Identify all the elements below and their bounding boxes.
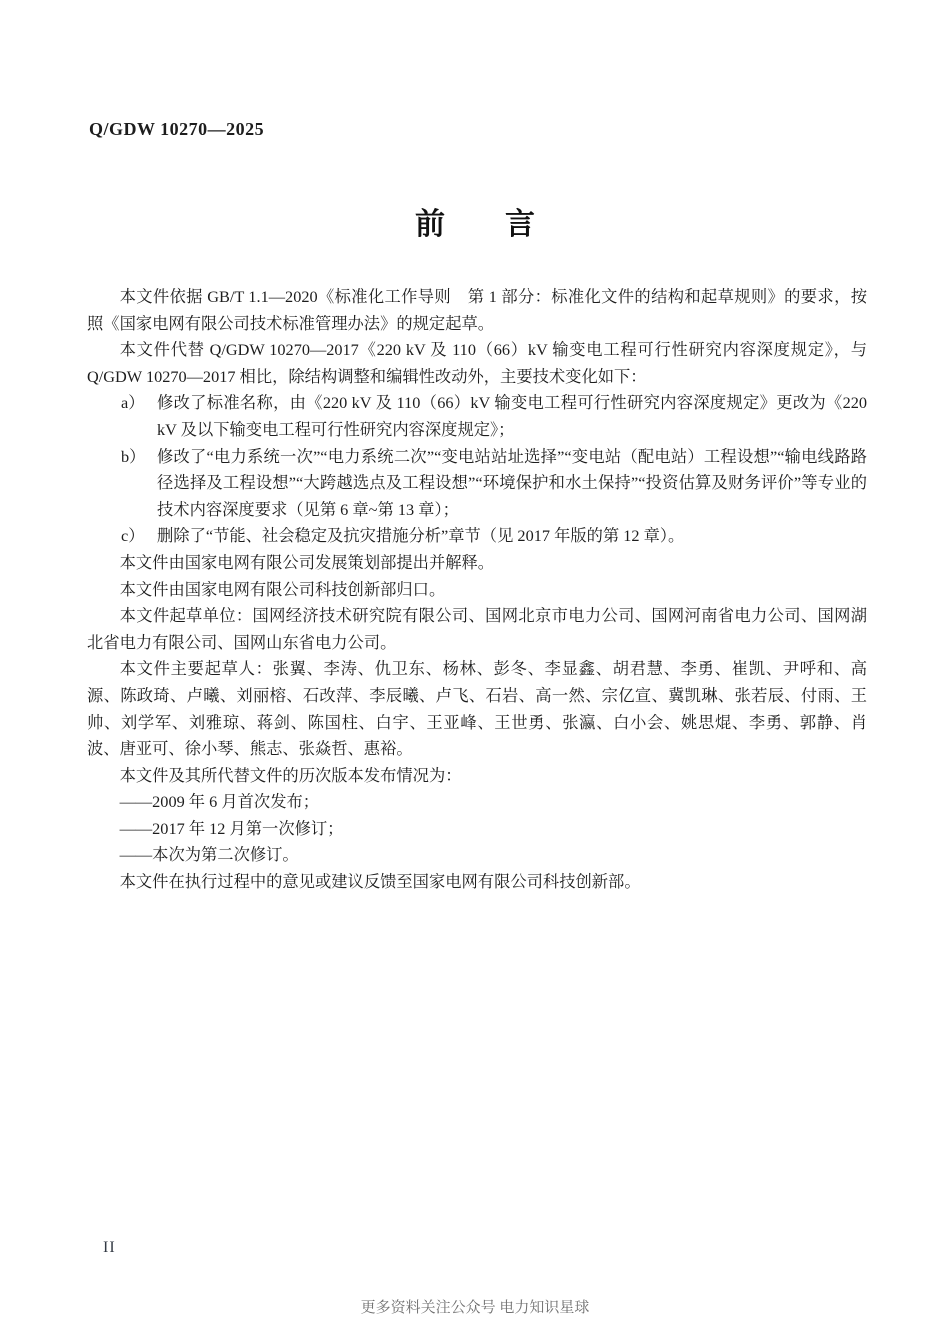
history-item-2009: ——2009 年 6 月首次发布； bbox=[87, 789, 867, 816]
doc-number: Q/GDW 10270—2025 bbox=[89, 119, 264, 140]
change-text-c: 删除了“节能、社会稳定及抗灾措施分析”章节（见 2017 年版的第 12 章）。 bbox=[157, 523, 867, 550]
paragraph-drafting-orgs: 本文件起草单位：国网经济技术研究院有限公司、国网北京市电力公司、国网河南省电力公… bbox=[87, 603, 867, 656]
paragraph-history-intro: 本文件及其所代替文件的历次版本发布情况为： bbox=[87, 763, 867, 790]
paragraph-basis: 本文件依据 GB/T 1.1—2020《标准化工作导则 第 1 部分：标准化文件… bbox=[87, 284, 867, 337]
change-item-c: c） 删除了“节能、社会稳定及抗灾措施分析”章节（见 2017 年版的第 12 … bbox=[121, 523, 867, 550]
paragraph-issued-by: 本文件由国家电网有限公司发展策划部提出并解释。 bbox=[87, 550, 867, 577]
watermark-text: 更多资料关注公众号 电力知识星球 bbox=[0, 1296, 950, 1317]
change-item-b: b） 修改了“电力系统一次”“电力系统二次”“变电站站址选择”“变电站（配电站）… bbox=[121, 444, 867, 524]
change-text-a: 修改了标准名称，由《220 kV 及 110（66）kV 输变电工程可行性研究内… bbox=[157, 390, 867, 443]
paragraph-feedback: 本文件在执行过程中的意见或建议反馈至国家电网有限公司科技创新部。 bbox=[87, 869, 867, 896]
paragraph-drafters: 本文件主要起草人：张翼、李涛、仇卫东、杨林、彭冬、李显鑫、胡君慧、李勇、崔凯、尹… bbox=[87, 656, 867, 762]
document-page: Q/GDW 10270—2025 前 言 本文件依据 GB/T 1.1—2020… bbox=[0, 0, 950, 1344]
history-item-current: ——本次为第二次修订。 bbox=[87, 842, 867, 869]
foreword-body: 本文件依据 GB/T 1.1—2020《标准化工作导则 第 1 部分：标准化文件… bbox=[87, 284, 867, 896]
change-text-b: 修改了“电力系统一次”“电力系统二次”“变电站站址选择”“变电站（配电站）工程设… bbox=[157, 444, 867, 524]
page-number: II bbox=[103, 1239, 116, 1257]
list-marker-c: c） bbox=[121, 523, 157, 550]
paragraph-replacement: 本文件代替 Q/GDW 10270—2017《220 kV 及 110（66）k… bbox=[87, 337, 867, 390]
paragraph-centralized-by: 本文件由国家电网有限公司科技创新部归口。 bbox=[87, 577, 867, 604]
page-title: 前 言 bbox=[0, 199, 950, 243]
change-item-a: a） 修改了标准名称，由《220 kV 及 110（66）kV 输变电工程可行性… bbox=[121, 390, 867, 443]
list-marker-a: a） bbox=[121, 390, 157, 443]
list-marker-b: b） bbox=[121, 444, 157, 524]
history-item-2017: ——2017 年 12 月第一次修订； bbox=[87, 816, 867, 843]
